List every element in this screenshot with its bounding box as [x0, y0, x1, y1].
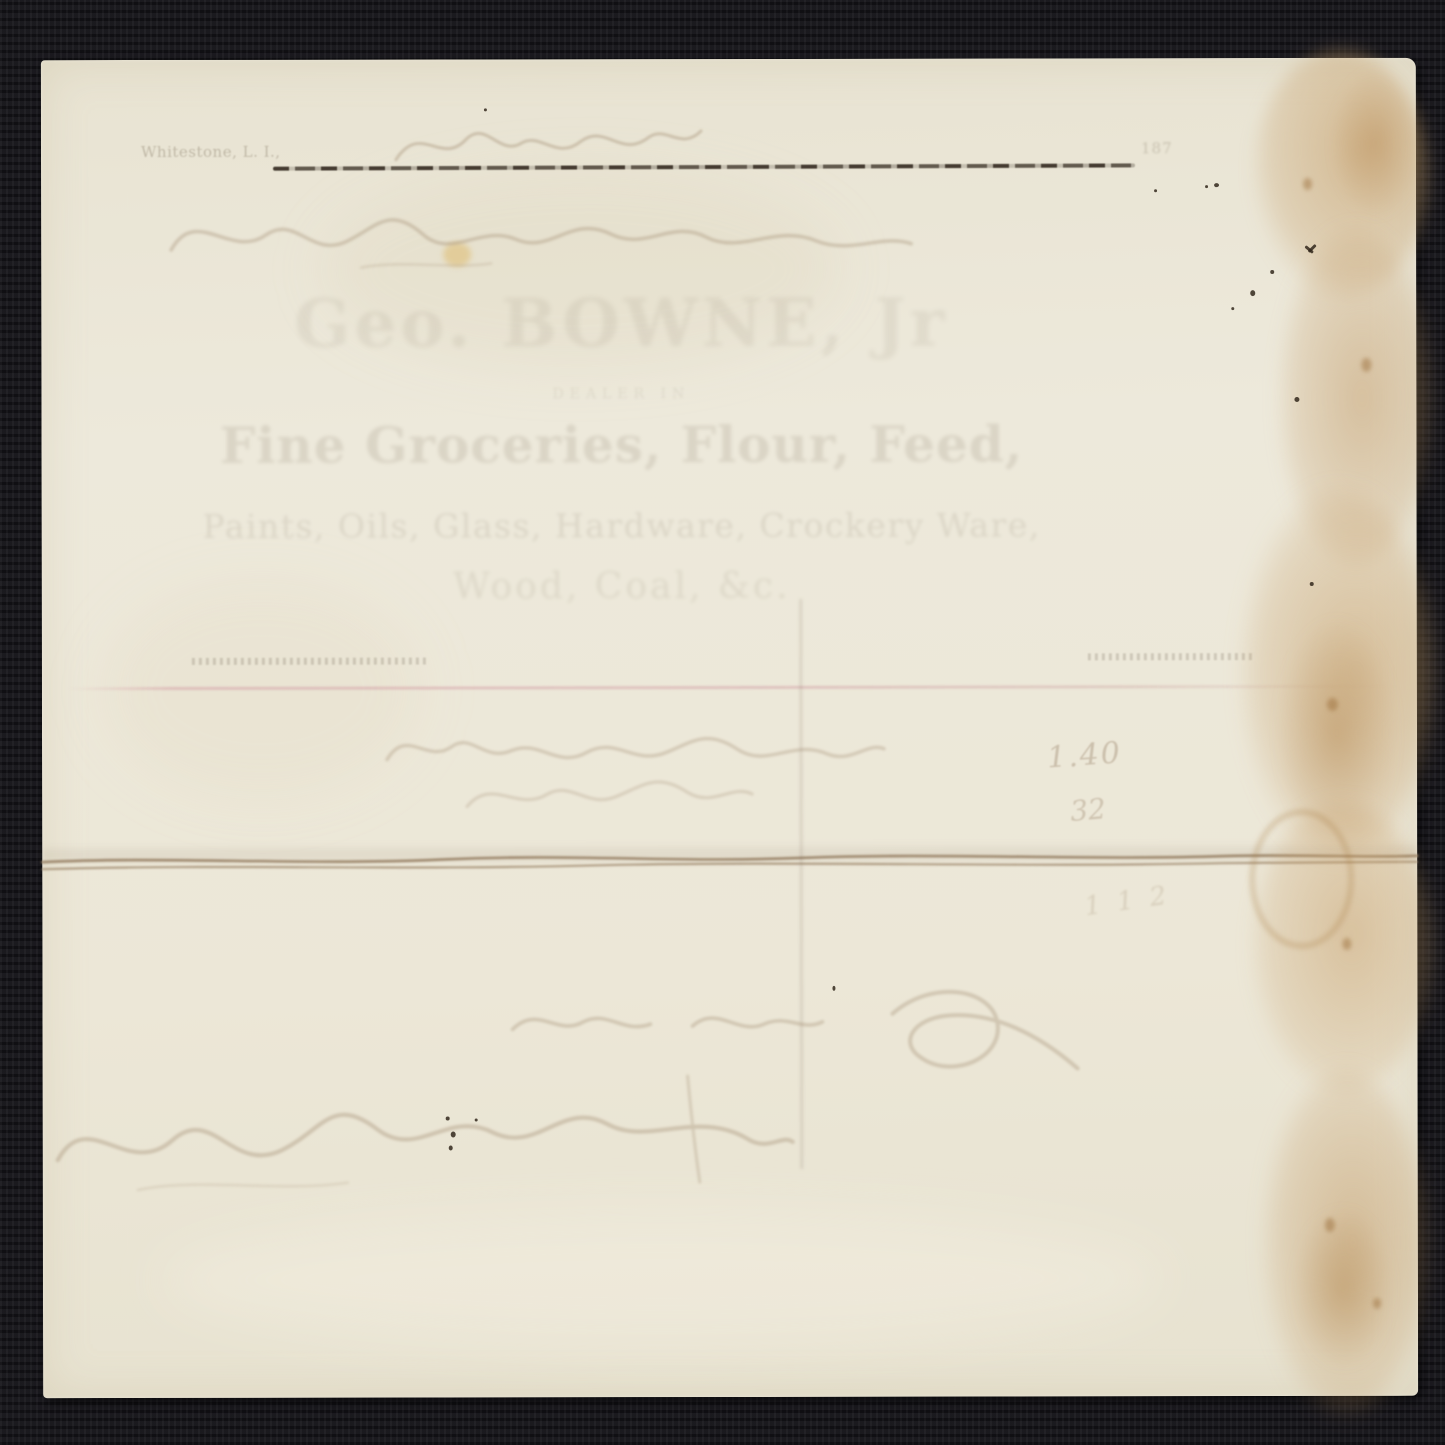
- ledger-entry-squiggle: [372, 714, 892, 820]
- stain-mottle: [1303, 178, 1312, 190]
- stain-top-right: [1253, 50, 1428, 300]
- ink-speck: [449, 1145, 453, 1150]
- document-paper-verso: Whitestone, L. I., 187 Geo. BOWNE, Jr DE…: [41, 58, 1418, 1398]
- ink-speck: [1310, 582, 1314, 586]
- stain-mid-right-core: [1277, 618, 1397, 848]
- crease-shadow-band: [42, 846, 1417, 862]
- bleedthrough-print-block: Geo. BOWNE, Jr DEALER IN Fine Groceries,…: [41, 58, 1202, 660]
- product-line-1: Fine Groceries, Flour, Feed,: [41, 414, 1201, 475]
- ink-speck: [1231, 307, 1234, 310]
- ink-speck: [1270, 270, 1274, 274]
- pink-rule-crease: [67, 685, 1397, 690]
- stain-top-right-core: [1331, 68, 1421, 218]
- stain-mottle: [1361, 358, 1371, 372]
- amount-row1: 1.40: [1046, 736, 1123, 776]
- dealer-in-line: DEALER IN: [41, 385, 1201, 403]
- tiny-print-left: [192, 658, 427, 665]
- stain-bottom-right-core: [1293, 1208, 1393, 1368]
- ink-speck: [446, 1116, 450, 1120]
- product-line-3: Wood, Coal, &c.: [42, 565, 1202, 608]
- tiny-print-right: [1088, 653, 1256, 660]
- signature-squiggle: [48, 1064, 798, 1200]
- ink-speck: [1250, 290, 1255, 296]
- photo-background: { "colors": { "background": "#17161b", "…: [0, 0, 1445, 1445]
- stain-mid-right: [1242, 488, 1433, 858]
- amount-row3: 1 1 2: [1083, 880, 1173, 922]
- ink-speck: [1205, 185, 1208, 188]
- ink-speck: [475, 1118, 478, 1121]
- stain-mottle: [1373, 1298, 1381, 1309]
- stain-mottle: [1327, 698, 1338, 711]
- ink-speck: [451, 1131, 456, 1137]
- stain-upper-right: [1279, 228, 1430, 568]
- ink-speck: [832, 986, 835, 991]
- product-line-2: Paints, Oils, Glass, Hardware, Crockery …: [42, 505, 1202, 546]
- stain-hook-outline: [1250, 810, 1353, 948]
- ink-speck: [1214, 183, 1219, 187]
- amount-row2: 32: [1069, 792, 1107, 828]
- paper-tone-cloud: [163, 1208, 1163, 1350]
- stain-mottle: [1342, 938, 1351, 950]
- ink-speck: [484, 108, 487, 111]
- business-name: Geo. BOWNE, Jr: [41, 283, 1201, 363]
- stain-mottle: [1325, 1218, 1335, 1232]
- ink-speck: [1294, 397, 1299, 402]
- ink-speck: [1154, 189, 1157, 192]
- stain-bottom-right: [1265, 1070, 1426, 1415]
